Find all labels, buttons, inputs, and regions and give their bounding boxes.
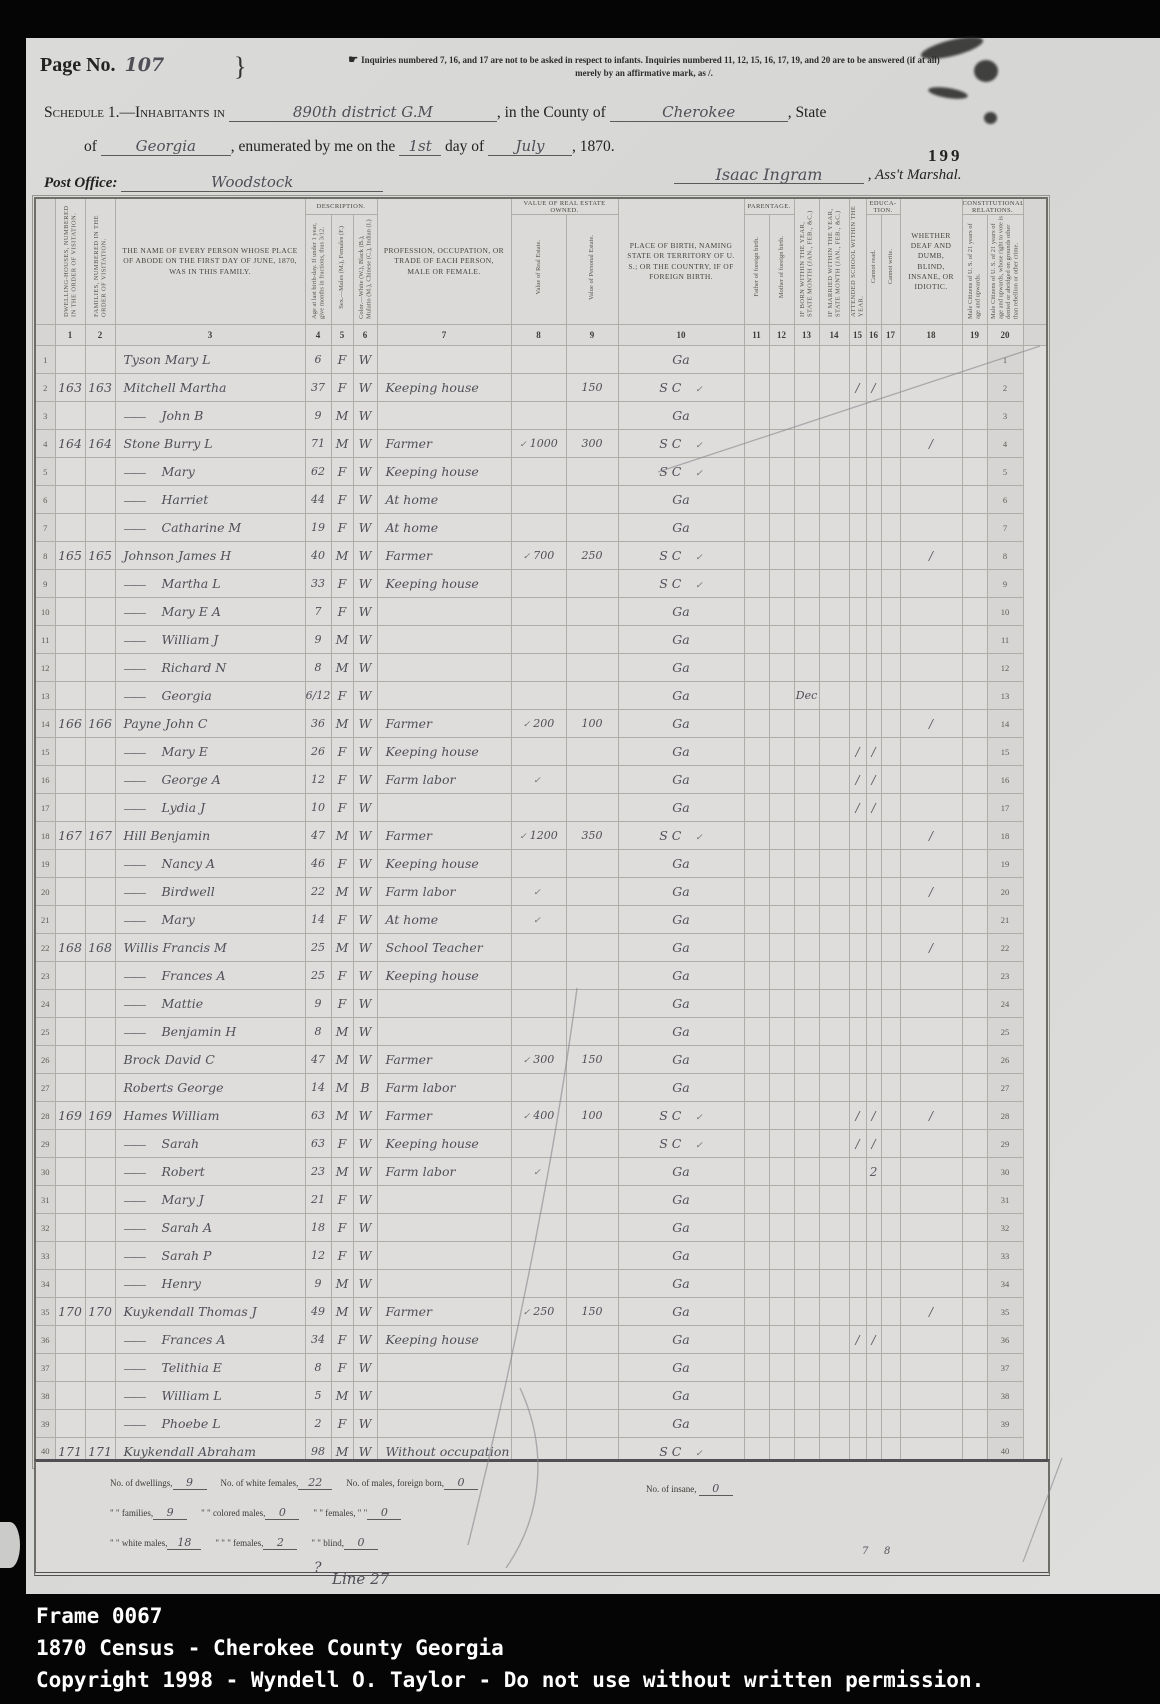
color-value: W	[353, 1158, 377, 1186]
father-foreign-cell	[744, 962, 769, 990]
male-citizen-mark	[900, 738, 962, 766]
name-text: Nancy A	[162, 856, 216, 871]
month-married-cell	[819, 542, 849, 570]
mother-foreign-cell	[769, 990, 794, 1018]
vote-denied-cell	[962, 570, 987, 598]
vote-denied-cell	[962, 374, 987, 402]
vote-denied-cell	[962, 458, 987, 486]
color-value: W	[353, 962, 377, 990]
month-born-value	[794, 934, 819, 962]
age-value: 14	[305, 1074, 331, 1102]
father-foreign-cell	[744, 1270, 769, 1298]
row-number-left: 23	[35, 962, 55, 990]
table-row: 5——Mary62FWKeeping houseS C✓5	[35, 458, 1047, 486]
real-estate-value	[511, 402, 566, 430]
dwelling-number: 169	[55, 1102, 85, 1130]
person-name: ——Mary E	[115, 738, 305, 766]
col-male-citizen-header: Male Citizens of U. S. of 21 years of ag…	[962, 215, 987, 325]
sex-value: M	[331, 1382, 353, 1410]
cannot-write-mark	[866, 822, 881, 850]
check-mark: ✓	[523, 1308, 531, 1318]
real-estate-value	[511, 598, 566, 626]
sex-value: M	[331, 1158, 353, 1186]
occupation-value	[377, 1018, 511, 1046]
birthplace-value: Ga	[618, 598, 744, 626]
month-born-value	[794, 1382, 819, 1410]
cannot-read-total: 7	[862, 1546, 868, 1557]
table-row: 10——Mary E A7FWGa10	[35, 598, 1047, 626]
real-estate-value	[511, 794, 566, 822]
column-number: 12	[769, 325, 794, 346]
mother-foreign-cell	[769, 710, 794, 738]
col-color-header: Color.—White (W.), Black (B.), Mulatto (…	[353, 215, 377, 325]
sex-value: F	[331, 514, 353, 542]
mother-foreign-cell	[769, 1410, 794, 1438]
row-number-right: 6	[987, 486, 1023, 514]
cannot-read-mark	[849, 486, 866, 514]
table-row: 11——William J9MWGa11	[35, 626, 1047, 654]
deaf-dumb-cell	[881, 1270, 900, 1298]
real-estate-value: ✓400	[511, 1102, 566, 1130]
deaf-dumb-cell	[881, 626, 900, 654]
state-label: , State	[788, 104, 827, 121]
insane-total: No. of insane, 0	[646, 1482, 733, 1496]
color-value: W	[353, 878, 377, 906]
family-number: 169	[85, 1102, 115, 1130]
father-foreign-cell	[744, 346, 769, 374]
table-row: 30——Robert23MWFarm labor✓Ga230	[35, 1158, 1047, 1186]
dwelling-number	[55, 1326, 85, 1354]
color-value: W	[353, 682, 377, 710]
deaf-dumb-cell	[881, 962, 900, 990]
row-number-left: 26	[35, 1046, 55, 1074]
age-value: 10	[305, 794, 331, 822]
name-text: Hames William	[124, 1108, 220, 1123]
deaf-dumb-cell	[881, 1130, 900, 1158]
real-estate-value	[511, 458, 566, 486]
row-number-right: 29	[987, 1130, 1023, 1158]
deaf-dumb-cell	[881, 542, 900, 570]
row-number-right: 10	[987, 598, 1023, 626]
cannot-read-mark	[849, 962, 866, 990]
person-name: Kuykendall Thomas J	[115, 1298, 305, 1326]
mother-foreign-cell	[769, 486, 794, 514]
cannot-write-mark	[866, 1298, 881, 1326]
sex-value: F	[331, 906, 353, 934]
vote-denied-cell	[962, 1074, 987, 1102]
occupation-value	[377, 990, 511, 1018]
person-name: ——Mary E A	[115, 598, 305, 626]
personal-estate-value	[566, 1410, 618, 1438]
sex-value: F	[331, 1130, 353, 1158]
father-foreign-cell	[744, 1298, 769, 1326]
personal-estate-value	[566, 1130, 618, 1158]
day-of-label: day of	[445, 138, 484, 155]
month-married-cell	[819, 766, 849, 794]
mother-foreign-cell	[769, 1242, 794, 1270]
ditto-dash: ——	[124, 773, 154, 788]
color-value: B	[353, 1074, 377, 1102]
gutter-header	[35, 325, 55, 346]
check-mark: ✓	[695, 469, 703, 479]
birthplace-value: Ga	[618, 1018, 744, 1046]
table-row: 25——Benjamin H8MWGa25	[35, 1018, 1047, 1046]
personal-estate-value: 150	[566, 374, 618, 402]
sex-value: F	[331, 738, 353, 766]
birthplace-value: Ga	[618, 1410, 744, 1438]
cannot-read-mark	[849, 1242, 866, 1270]
mother-foreign-cell	[769, 374, 794, 402]
personal-estate-value	[566, 654, 618, 682]
male-citizen-mark	[900, 374, 962, 402]
dwelling-number	[55, 682, 85, 710]
ditto-dash: ——	[124, 857, 154, 872]
name-text: Hill Benjamin	[124, 828, 211, 843]
row-number-right: 36	[987, 1326, 1023, 1354]
family-number	[85, 486, 115, 514]
mother-foreign-cell	[769, 1046, 794, 1074]
ditto-dash: ——	[124, 1249, 154, 1264]
color-value: W	[353, 766, 377, 794]
row-number-left: 27	[35, 1074, 55, 1102]
column-number: 14	[819, 325, 849, 346]
occupation-value: Farm labor	[377, 1158, 511, 1186]
name-text: Sarah P	[162, 1248, 212, 1263]
birthplace-value: Ga	[618, 1326, 744, 1354]
color-value: W	[353, 1046, 377, 1074]
family-number	[85, 514, 115, 542]
vote-denied-cell	[962, 682, 987, 710]
vote-denied-cell	[962, 1326, 987, 1354]
deaf-dumb-cell	[881, 598, 900, 626]
male-citizen-mark	[900, 654, 962, 682]
person-name: Roberts George	[115, 1074, 305, 1102]
family-number: 164	[85, 430, 115, 458]
color-value: W	[353, 1242, 377, 1270]
month-born-value	[794, 1298, 819, 1326]
month-married-cell	[819, 738, 849, 766]
real-estate-value	[511, 1382, 566, 1410]
vote-denied-cell	[962, 1410, 987, 1438]
birthplace-value: Ga	[618, 766, 744, 794]
mother-foreign-cell	[769, 402, 794, 430]
ditto-dash: ——	[124, 1277, 154, 1292]
table-row: 26Brock David C47MWFarmer✓300150Ga26	[35, 1046, 1047, 1074]
sex-value: M	[331, 878, 353, 906]
cannot-write-mark	[866, 1046, 881, 1074]
personal-estate-value	[566, 990, 618, 1018]
ink-smudge	[927, 85, 968, 101]
personal-estate-value	[566, 1018, 618, 1046]
real-estate-value	[511, 850, 566, 878]
row-number-left: 18	[35, 822, 55, 850]
occupation-value: At home	[377, 906, 511, 934]
father-foreign-cell	[744, 906, 769, 934]
row-number-right: 9	[987, 570, 1023, 598]
family-number	[85, 794, 115, 822]
male-citizen-mark: /	[900, 542, 962, 570]
sex-value: M	[331, 1102, 353, 1130]
caption-copyright: Copyright 1998 - Wyndell O. Taylor - Do …	[36, 1664, 984, 1696]
personal-estate-value	[566, 1270, 618, 1298]
real-estate-value: ✓	[511, 878, 566, 906]
family-number	[85, 1074, 115, 1102]
age-value: 40	[305, 542, 331, 570]
column-number: 8	[511, 325, 566, 346]
cannot-read-mark	[849, 822, 866, 850]
birthplace-value: Ga	[618, 738, 744, 766]
insane-value: 0	[699, 1482, 733, 1496]
col-cannot-write-header: Cannot write.	[881, 215, 900, 325]
real-estate-value: ✓1000	[511, 430, 566, 458]
check-mark: ✓	[523, 1112, 531, 1122]
table-row: 3——John B9MWGa3	[35, 402, 1047, 430]
personal-estate-value	[566, 402, 618, 430]
father-foreign-cell	[744, 1102, 769, 1130]
cannot-write-mark	[866, 1382, 881, 1410]
color-value: W	[353, 850, 377, 878]
group-description: Description.	[305, 198, 377, 215]
month-born-value	[794, 1410, 819, 1438]
occupation-value: Farmer	[377, 822, 511, 850]
occupation-value	[377, 1186, 511, 1214]
father-foreign-cell	[744, 598, 769, 626]
occupation-value	[377, 682, 511, 710]
col-birthplace-header: Place of Birth, naming State or Territor…	[618, 198, 744, 325]
male-citizen-mark	[900, 850, 962, 878]
person-name: Brock David C	[115, 1046, 305, 1074]
ditto-dash: ——	[124, 1025, 154, 1040]
row-number-left: 39	[35, 1410, 55, 1438]
table-row: 2163163Mitchell Martha37FWKeeping house1…	[35, 374, 1047, 402]
personal-estate-value	[566, 738, 618, 766]
col-age-header: Age at last birth-day. If under 1 year, …	[305, 215, 331, 325]
row-number-left: 17	[35, 794, 55, 822]
family-number: 170	[85, 1298, 115, 1326]
mother-foreign-cell	[769, 1354, 794, 1382]
row-number-left: 10	[35, 598, 55, 626]
cannot-write-total: 8	[884, 1546, 890, 1557]
name-text: Mary	[162, 912, 195, 927]
row-number-right: 7	[987, 514, 1023, 542]
check-mark: ✓	[523, 720, 531, 730]
table-row: 9——Martha L33FWKeeping houseS C✓9	[35, 570, 1047, 598]
cannot-read-mark	[849, 1214, 866, 1242]
male-citizen-mark	[900, 458, 962, 486]
father-foreign-cell	[744, 1242, 769, 1270]
month-born-value	[794, 990, 819, 1018]
name-text: Mary J	[162, 1192, 204, 1207]
father-foreign-cell	[744, 738, 769, 766]
occupation-value	[377, 626, 511, 654]
real-estate-value: ✓700	[511, 542, 566, 570]
father-foreign-cell	[744, 710, 769, 738]
month-married-cell	[819, 794, 849, 822]
mother-foreign-cell	[769, 794, 794, 822]
male-citizen-mark	[900, 1214, 962, 1242]
cannot-write-mark	[866, 1214, 881, 1242]
birthplace-value: S C✓	[618, 430, 744, 458]
vote-denied-cell	[962, 1102, 987, 1130]
month-born-value	[794, 822, 819, 850]
family-number	[85, 654, 115, 682]
male-citizen-mark	[900, 1326, 962, 1354]
personal-estate-value	[566, 962, 618, 990]
cannot-write-mark: /	[866, 374, 881, 402]
age-value: 44	[305, 486, 331, 514]
personal-estate-value	[566, 1186, 618, 1214]
col-month-married-header: If married within the year, state month …	[819, 198, 849, 325]
caption-title: 1870 Census - Cherokee County Georgia	[36, 1632, 984, 1664]
ditto-dash: ——	[124, 885, 154, 900]
occupation-value: Farmer	[377, 430, 511, 458]
age-value: 19	[305, 514, 331, 542]
family-number	[85, 570, 115, 598]
summary-label: No. of males, foreign born,	[346, 1478, 444, 1488]
deaf-dumb-cell	[881, 1158, 900, 1186]
handwritten-line-note: Line 27	[332, 1570, 389, 1588]
age-value: 63	[305, 1102, 331, 1130]
vote-denied-cell	[962, 738, 987, 766]
personal-estate-value	[566, 1074, 618, 1102]
color-value: W	[353, 402, 377, 430]
schedule-line-2: of Georgia, enumerated by me on the 1st …	[84, 138, 615, 156]
brace-mark: }	[234, 52, 246, 82]
sex-value: F	[331, 1242, 353, 1270]
cannot-read-mark	[849, 1410, 866, 1438]
person-name: ——Mary	[115, 458, 305, 486]
deaf-dumb-cell	[881, 822, 900, 850]
sex-value: M	[331, 430, 353, 458]
color-value: W	[353, 486, 377, 514]
dwelling-number: 166	[55, 710, 85, 738]
father-foreign-cell	[744, 626, 769, 654]
cannot-write-mark	[866, 1074, 881, 1102]
age-value: 47	[305, 822, 331, 850]
personal-estate-value	[566, 934, 618, 962]
male-citizen-mark	[900, 906, 962, 934]
name-text: Mary E	[162, 744, 208, 759]
vote-denied-cell	[962, 878, 987, 906]
mother-foreign-cell	[769, 458, 794, 486]
deaf-dumb-cell	[881, 906, 900, 934]
name-text: Sarah A	[162, 1220, 213, 1235]
cannot-read-mark: /	[849, 1326, 866, 1354]
birthplace-value: Ga	[618, 850, 744, 878]
age-value: 62	[305, 458, 331, 486]
county-label: , in the County of	[497, 104, 606, 121]
birthplace-value: S C✓	[618, 1130, 744, 1158]
occupation-value	[377, 1410, 511, 1438]
male-citizen-mark	[900, 626, 962, 654]
occupation-value: Keeping house	[377, 738, 511, 766]
person-name: ——Birdwell	[115, 878, 305, 906]
table-row: 1Tyson Mary L6FWGa1	[35, 346, 1047, 374]
column-number: 17	[881, 325, 900, 346]
personal-estate-value	[566, 570, 618, 598]
age-value: 12	[305, 766, 331, 794]
family-number	[85, 1186, 115, 1214]
row-number-right: 32	[987, 1214, 1023, 1242]
month-married-cell	[819, 1270, 849, 1298]
month-married-cell	[819, 514, 849, 542]
cannot-write-mark	[866, 1242, 881, 1270]
color-value: W	[353, 542, 377, 570]
personal-estate-value	[566, 346, 618, 374]
ditto-dash: ——	[124, 969, 154, 984]
row-number-right: 27	[987, 1074, 1023, 1102]
gutter-header	[1023, 325, 1047, 346]
row-number-right: 25	[987, 1018, 1023, 1046]
cannot-read-mark: /	[849, 738, 866, 766]
row-number-left: 33	[35, 1242, 55, 1270]
name-text: Sarah	[162, 1136, 200, 1151]
table-row: 4164164Stone Burry L71MWFarmer✓1000300S …	[35, 430, 1047, 458]
col-father-foreign-header: Father of foreign birth.	[744, 215, 769, 325]
month-born-value	[794, 794, 819, 822]
row-number-right: 16	[987, 766, 1023, 794]
real-estate-value: ✓250	[511, 1298, 566, 1326]
male-citizen-mark	[900, 1270, 962, 1298]
real-estate-value	[511, 374, 566, 402]
color-value: W	[353, 1214, 377, 1242]
table-row: 17——Lydia J10FWGa//17	[35, 794, 1047, 822]
personal-estate-value	[566, 682, 618, 710]
color-value: W	[353, 1326, 377, 1354]
mother-foreign-cell	[769, 1158, 794, 1186]
table-row: 27Roberts George14MBFarm laborGa27	[35, 1074, 1047, 1102]
personal-estate-value	[566, 1382, 618, 1410]
father-foreign-cell	[744, 1158, 769, 1186]
dwelling-number: 163	[55, 374, 85, 402]
row-number-left: 15	[35, 738, 55, 766]
personal-estate-value	[566, 486, 618, 514]
month-married-cell	[819, 1046, 849, 1074]
month-born-value	[794, 1214, 819, 1242]
name-text: Stone Burry L	[124, 436, 213, 451]
table-row: 36——Frances A34FWKeeping houseGa//36	[35, 1326, 1047, 1354]
summary-value: 9	[173, 1476, 207, 1490]
row-number-left: 22	[35, 934, 55, 962]
month-born-value	[794, 486, 819, 514]
male-citizen-mark	[900, 962, 962, 990]
cannot-read-mark	[849, 570, 866, 598]
person-name: Hames William	[115, 1102, 305, 1130]
person-name: ——Richard N	[115, 654, 305, 682]
birthplace-value: Ga	[618, 514, 744, 542]
page-no-label: Page No.	[40, 54, 116, 76]
cannot-write-mark	[866, 570, 881, 598]
month-married-cell	[819, 822, 849, 850]
month-married-cell	[819, 1130, 849, 1158]
name-text: George A	[162, 772, 221, 787]
deaf-dumb-cell	[881, 458, 900, 486]
occupation-value: Farmer	[377, 710, 511, 738]
father-foreign-cell	[744, 458, 769, 486]
mother-foreign-cell	[769, 1130, 794, 1158]
row-number-right: 17	[987, 794, 1023, 822]
summary-value: 0	[367, 1506, 401, 1520]
cannot-write-mark	[866, 1186, 881, 1214]
mother-foreign-cell	[769, 430, 794, 458]
row-number-left: 16	[35, 766, 55, 794]
person-name: Hill Benjamin	[115, 822, 305, 850]
instructions: ☛Inquiries numbered 7, 16, and 17 are no…	[264, 54, 1024, 80]
personal-estate-value	[566, 1354, 618, 1382]
ditto-dash: ——	[124, 1417, 154, 1432]
personal-estate-value	[566, 878, 618, 906]
row-number-left: 5	[35, 458, 55, 486]
